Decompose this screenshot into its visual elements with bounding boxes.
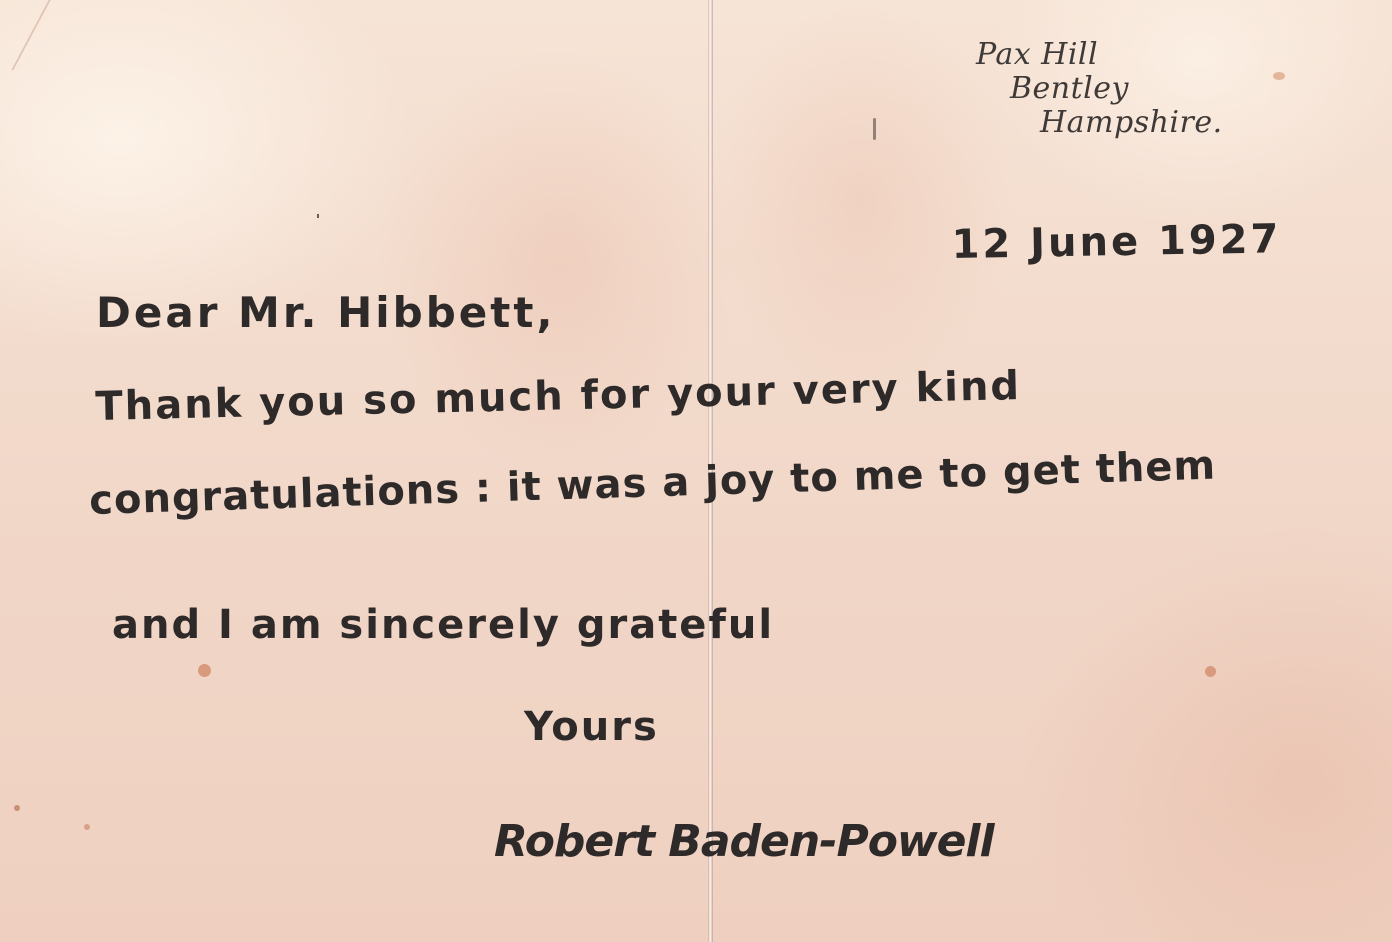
ink-mark (317, 214, 319, 218)
letterhead-line: Bentley (968, 72, 1223, 106)
foxing-spot (1205, 666, 1216, 677)
foxing-spot (14, 805, 20, 811)
body-line: and I am sincerely grateful (112, 602, 774, 648)
foxing-spot (84, 824, 90, 830)
foxing-spot (1273, 72, 1285, 80)
paper-crease (0, 0, 51, 70)
letterhead-line: Pax Hill (968, 38, 1223, 72)
closing: Yours (524, 704, 659, 750)
signature: Robert Baden-Powell (494, 816, 994, 867)
letter-page: Pax Hill Bentley Hampshire. 12 June 1927… (0, 0, 1392, 942)
letter-date: 12 June 1927 (951, 216, 1282, 268)
body-line: congratulations : it was a joy to me to … (89, 443, 1217, 524)
salutation: Dear Mr. Hibbett, (96, 288, 555, 337)
foxing-spot (198, 664, 211, 677)
ink-mark (873, 118, 876, 140)
letterhead-address: Pax Hill Bentley Hampshire. (968, 38, 1223, 140)
letterhead-line: Hampshire. (968, 106, 1223, 140)
body-line: Thank you so much for your very kind (95, 363, 1022, 430)
